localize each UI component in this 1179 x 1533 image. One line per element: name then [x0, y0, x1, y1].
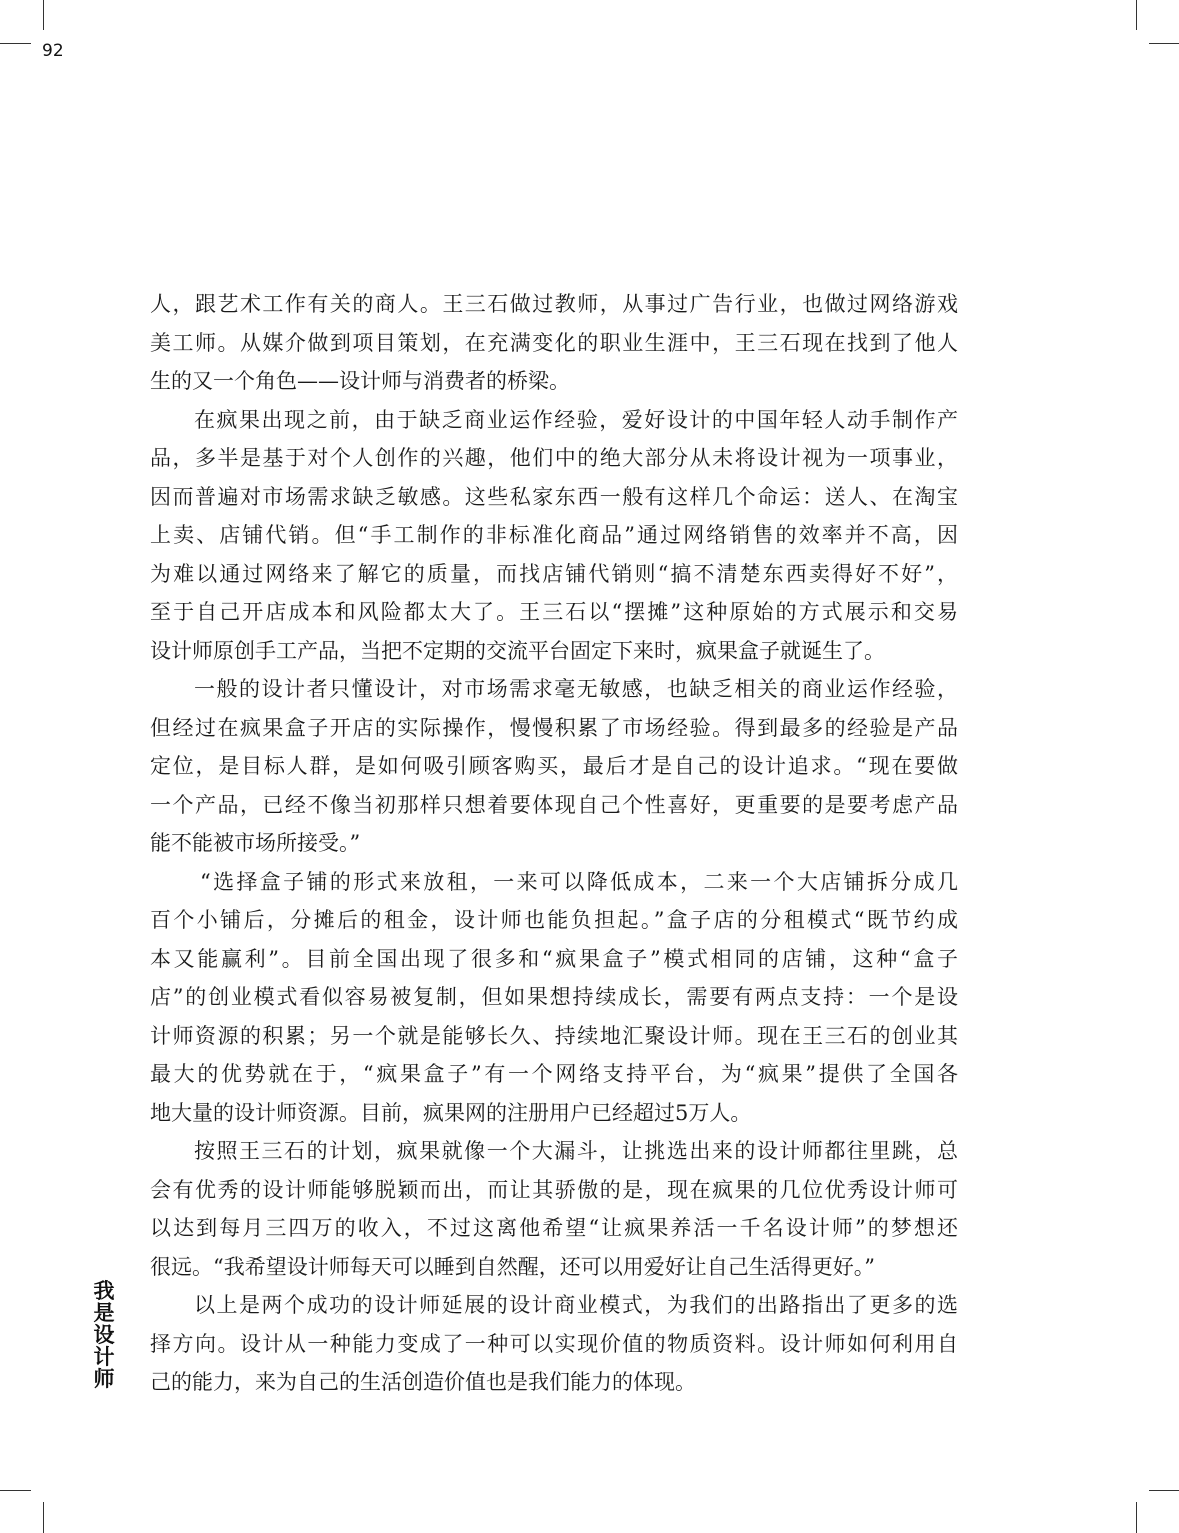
- crop-mark-top-right-horizontal: [1149, 43, 1179, 44]
- text-line: “选择盒子铺的形式来放租，一来可以降低成本，二来一个大店铺拆分成几: [150, 863, 958, 902]
- text-line: 为难以通过网络来了解它的质量，而找店铺代销则“搞不清楚东西卖得好不好”，: [150, 555, 958, 594]
- crop-mark-bottom-left-horizontal: [0, 1490, 31, 1491]
- text-line: 设计师原创手工产品，当把不定期的交流平台固定下来时，疯果盒子就诞生了。: [150, 632, 958, 671]
- text-line: 最大的优势就在于，“疯果盒子”有一个网络支持平台，为“疯果”提供了全国各: [150, 1055, 958, 1094]
- crop-mark-top-right-vertical: [1136, 0, 1137, 30]
- page-number: 92: [42, 41, 64, 61]
- text-line: 以达到每月三四万的收入，不过这离他希望“让疯果养活一千名设计师”的梦想还: [150, 1209, 958, 1248]
- running-title-char: 设: [92, 1324, 116, 1346]
- text-line: 人，跟艺术工作有关的商人。王三石做过教师，从事过广告行业，也做过网络游戏: [150, 285, 958, 324]
- crop-mark-bottom-right-horizontal: [1149, 1490, 1179, 1491]
- body-text: 人，跟艺术工作有关的商人。王三石做过教师，从事过广告行业，也做过网络游戏美工师。…: [150, 285, 958, 1402]
- text-line: 定位，是目标人群，是如何吸引顾客购买，最后才是自己的设计追求。“现在要做: [150, 747, 958, 786]
- text-line: 地大量的设计师资源。目前，疯果网的注册用户已经超过5万人。: [150, 1094, 958, 1133]
- text-line: 己的能力，来为自己的生活创造价值也是我们能力的体现。: [150, 1363, 958, 1402]
- running-title-char: 师: [92, 1368, 116, 1390]
- text-line: 至于自己开店成本和风险都太大了。王三石以“摆摊”这种原始的方式展示和交易: [150, 593, 958, 632]
- text-line: 计师资源的积累；另一个就是能够长久、持续地汇聚设计师。现在王三石的创业其: [150, 1017, 958, 1056]
- text-line: 很远。“我希望设计师每天可以睡到自然醒，还可以用爱好让自己生活得更好。”: [150, 1248, 958, 1287]
- running-title-char: 计: [92, 1346, 116, 1368]
- text-line: 店”的创业模式看似容易被复制，但如果想持续成长，需要有两点支持：一个是设: [150, 978, 958, 1017]
- text-line: 但经过在疯果盒子开店的实际操作，慢慢积累了市场经验。得到最多的经验是产品: [150, 709, 958, 748]
- text-line: 本又能赢利”。目前全国出现了很多和“疯果盒子”模式相同的店铺，这种“盒子: [150, 940, 958, 979]
- text-line: 能不能被市场所接受。”: [150, 824, 958, 863]
- text-line: 上卖、店铺代销。但“手工制作的非标准化商品”通过网络销售的效率并不高，因: [150, 516, 958, 555]
- text-line: 在疯果出现之前，由于缺乏商业运作经验，爱好设计的中国年轻人动手制作产: [150, 401, 958, 440]
- text-line: 因而普遍对市场需求缺乏敏感。这些私家东西一般有这样几个命运：送人、在淘宝: [150, 478, 958, 517]
- crop-mark-top-left-horizontal: [0, 43, 31, 44]
- text-line: 品，多半是基于对个人创作的兴趣，他们中的绝大部分从未将设计视为一项事业，: [150, 439, 958, 478]
- text-line: 美工师。从媒介做到项目策划，在充满变化的职业生涯中，王三石现在找到了他人: [150, 324, 958, 363]
- crop-mark-bottom-right-vertical: [1136, 1502, 1137, 1533]
- text-line: 会有优秀的设计师能够脱颖而出，而让其骄傲的是，现在疯果的几位优秀设计师可: [150, 1171, 958, 1210]
- running-title-char: 是: [92, 1302, 116, 1324]
- crop-mark-bottom-left-vertical: [43, 1502, 44, 1533]
- running-title: 我 是 设 计 师: [92, 1280, 116, 1390]
- crop-mark-top-left-vertical: [43, 0, 44, 30]
- text-line: 一般的设计者只懂设计，对市场需求毫无敏感，也缺乏相关的商业运作经验，: [150, 670, 958, 709]
- text-line: 按照王三石的计划，疯果就像一个大漏斗，让挑选出来的设计师都往里跳，总: [150, 1132, 958, 1171]
- text-line: 择方向。设计从一种能力变成了一种可以实现价值的物质资料。设计师如何利用自: [150, 1325, 958, 1364]
- text-line: 一个产品，已经不像当初那样只想着要体现自己个性喜好，更重要的是要考虑产品: [150, 786, 958, 825]
- text-line: 生的又一个角色——设计师与消费者的桥梁。: [150, 362, 958, 401]
- running-title-char: 我: [92, 1280, 116, 1302]
- text-line: 以上是两个成功的设计师延展的设计商业模式，为我们的出路指出了更多的选: [150, 1286, 958, 1325]
- text-line: 百个小铺后，分摊后的租金，设计师也能负担起。”盒子店的分租模式“既节约成: [150, 901, 958, 940]
